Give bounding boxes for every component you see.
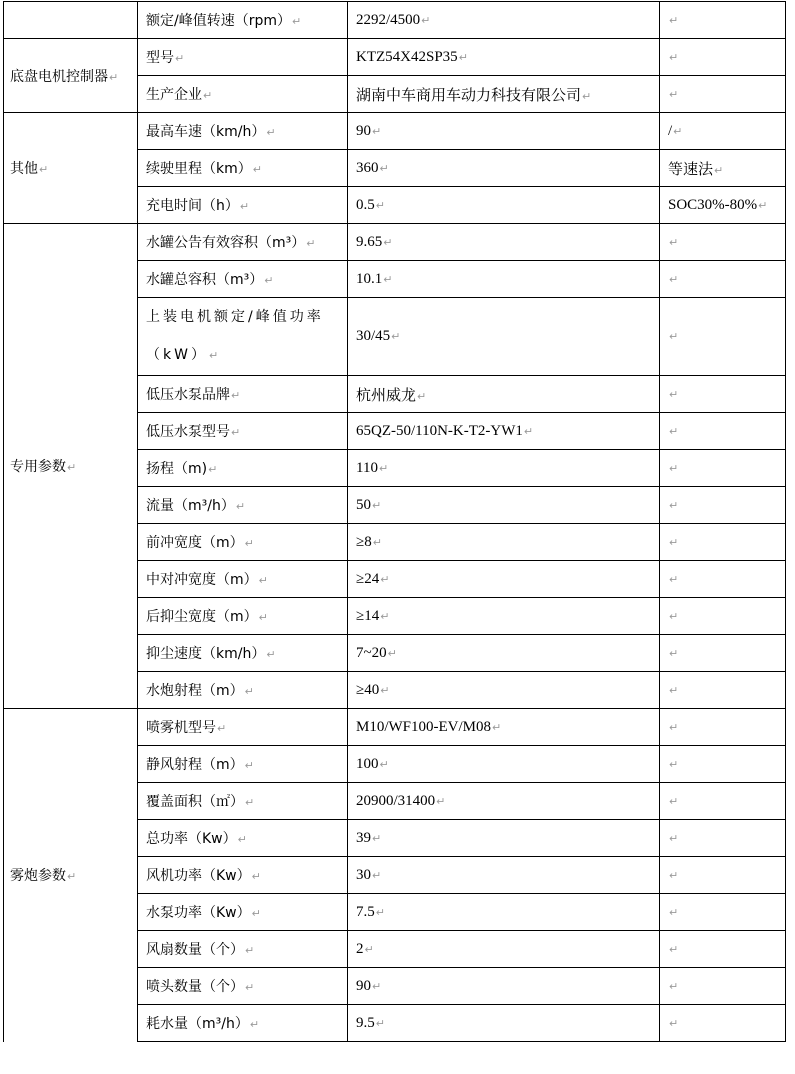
param-cell: 续驶里程（km）↵ xyxy=(138,150,348,187)
param-cell: 额定/峰值转速（rpm）↵ xyxy=(138,2,348,39)
note-cell: /↵ xyxy=(660,113,786,150)
paragraph-mark-icon: ↵ xyxy=(236,500,245,513)
value-cell: 9.5↵ xyxy=(348,1005,660,1042)
value-cell: 7.5↵ xyxy=(348,894,660,931)
value-cell: 30↵ xyxy=(348,857,660,894)
table-row: 底盘电机控制器↵ 型号↵ KTZ54X42SP35↵ ↵ xyxy=(4,39,786,76)
note-cell: ↵ xyxy=(660,413,786,450)
paragraph-mark-icon: ↵ xyxy=(250,1018,259,1031)
group-cell-other: 其他↵ xyxy=(4,113,138,224)
param-cell: 抑尘速度（km/h）↵ xyxy=(138,635,348,672)
note-cell: ↵ xyxy=(660,76,786,113)
value-cell: 110↵ xyxy=(348,450,660,487)
value-cell: ≥24↵ xyxy=(348,561,660,598)
paragraph-mark-icon: ↵ xyxy=(669,388,678,401)
note-cell: ↵ xyxy=(660,931,786,968)
paragraph-mark-icon: ↵ xyxy=(379,462,388,475)
paragraph-mark-icon: ↵ xyxy=(203,89,212,102)
paragraph-mark-icon: ↵ xyxy=(259,574,268,587)
value-cell: 0.5↵ xyxy=(348,187,660,224)
group-cell-fog-cannon: 雾炮参数↵ xyxy=(4,709,138,1042)
note-cell: ↵ xyxy=(660,709,786,746)
value-cell: 湖南中车商用车动力科技有限公司↵ xyxy=(348,76,660,113)
value-cell: 90↵ xyxy=(348,968,660,1005)
param-cell: 耗水量（m³/h）↵ xyxy=(138,1005,348,1042)
param-cell: 低压水泵型号↵ xyxy=(138,413,348,450)
value-cell: 9.65↵ xyxy=(348,224,660,261)
param-cell: 覆盖面积（㎡）↵ xyxy=(138,783,348,820)
value-cell: 65QZ-50/110N-K-T2-YW1↵ xyxy=(348,413,660,450)
paragraph-mark-icon: ↵ xyxy=(669,906,678,919)
paragraph-mark-icon: ↵ xyxy=(669,832,678,845)
param-cell: 静风射程（m）↵ xyxy=(138,746,348,783)
note-cell: ↵ xyxy=(660,635,786,672)
note-cell: ↵ xyxy=(660,224,786,261)
paragraph-mark-icon: ↵ xyxy=(380,162,389,175)
paragraph-mark-icon: ↵ xyxy=(252,870,261,883)
paragraph-mark-icon: ↵ xyxy=(492,721,501,734)
value-cell: 100↵ xyxy=(348,746,660,783)
paragraph-mark-icon: ↵ xyxy=(245,944,254,957)
group-cell-chassis-controller: 底盘电机控制器↵ xyxy=(4,39,138,113)
value-cell: ≥40↵ xyxy=(348,672,660,709)
paragraph-mark-icon: ↵ xyxy=(383,236,392,249)
param-cell: 水炮射程（m）↵ xyxy=(138,672,348,709)
value-cell: 360↵ xyxy=(348,150,660,187)
paragraph-mark-icon: ↵ xyxy=(669,425,678,438)
note-cell: ↵ xyxy=(660,524,786,561)
value-cell: 2292/4500↵ xyxy=(348,2,660,39)
table-row: 其他↵ 最高车速（km/h）↵ 90↵ /↵ xyxy=(4,113,786,150)
param-cell: 后抑尘宽度（m）↵ xyxy=(138,598,348,635)
paragraph-mark-icon: ↵ xyxy=(245,796,254,809)
paragraph-mark-icon: ↵ xyxy=(245,759,254,772)
param-cell: 喷雾机型号↵ xyxy=(138,709,348,746)
paragraph-mark-icon: ↵ xyxy=(380,758,389,771)
value-cell: 杭州威龙↵ xyxy=(348,376,660,413)
param-cell: 扬程（m)↵ xyxy=(138,450,348,487)
paragraph-mark-icon: ↵ xyxy=(266,126,275,139)
paragraph-mark-icon: ↵ xyxy=(67,870,76,883)
paragraph-mark-icon: ↵ xyxy=(669,610,678,623)
paragraph-mark-icon: ↵ xyxy=(669,499,678,512)
paragraph-mark-icon: ↵ xyxy=(669,721,678,734)
paragraph-mark-icon: ↵ xyxy=(245,537,254,550)
group-cell-continued xyxy=(4,2,138,39)
paragraph-mark-icon: ↵ xyxy=(669,330,678,343)
paragraph-mark-icon: ↵ xyxy=(306,237,315,250)
paragraph-mark-icon: ↵ xyxy=(372,869,381,882)
note-cell: ↵ xyxy=(660,298,786,376)
param-cell: 水罐公告有效容积（m³）↵ xyxy=(138,224,348,261)
paragraph-mark-icon: ↵ xyxy=(209,349,221,362)
paragraph-mark-icon: ↵ xyxy=(253,163,262,176)
paragraph-mark-icon: ↵ xyxy=(365,943,374,956)
paragraph-mark-icon: ↵ xyxy=(391,330,400,343)
param-cell: 风扇数量（个）↵ xyxy=(138,931,348,968)
paragraph-mark-icon: ↵ xyxy=(376,906,385,919)
value-cell: 90↵ xyxy=(348,113,660,150)
note-cell: ↵ xyxy=(660,450,786,487)
paragraph-mark-icon: ↵ xyxy=(669,462,678,475)
paragraph-mark-icon: ↵ xyxy=(231,389,240,402)
paragraph-mark-icon: ↵ xyxy=(669,647,678,660)
paragraph-mark-icon: ↵ xyxy=(421,14,430,27)
paragraph-mark-icon: ↵ xyxy=(266,648,275,661)
paragraph-mark-icon: ↵ xyxy=(376,1017,385,1030)
value-cell: ≥8↵ xyxy=(348,524,660,561)
param-cell: 前冲宽度（m）↵ xyxy=(138,524,348,561)
paragraph-mark-icon: ↵ xyxy=(669,684,678,697)
note-cell: ↵ xyxy=(660,857,786,894)
paragraph-mark-icon: ↵ xyxy=(669,980,678,993)
paragraph-mark-icon: ↵ xyxy=(436,795,445,808)
group-cell-special-params: 专用参数↵ xyxy=(4,224,138,709)
value-cell: 30/45↵ xyxy=(348,298,660,376)
note-cell: SOC30%-80%↵ xyxy=(660,187,786,224)
paragraph-mark-icon: ↵ xyxy=(67,461,76,474)
paragraph-mark-icon: ↵ xyxy=(372,125,381,138)
note-cell: ↵ xyxy=(660,1005,786,1042)
paragraph-mark-icon: ↵ xyxy=(388,647,397,660)
paragraph-mark-icon: ↵ xyxy=(417,390,426,403)
param-cell: 中对冲宽度（m）↵ xyxy=(138,561,348,598)
paragraph-mark-icon: ↵ xyxy=(245,685,254,698)
paragraph-mark-icon: ↵ xyxy=(372,832,381,845)
table-row: 额定/峰值转速（rpm）↵ 2292/4500↵ ↵ xyxy=(4,2,786,39)
param-cell: 充电时间（h）↵ xyxy=(138,187,348,224)
paragraph-mark-icon: ↵ xyxy=(175,52,184,65)
note-cell: ↵ xyxy=(660,894,786,931)
paragraph-mark-icon: ↵ xyxy=(669,758,678,771)
paragraph-mark-icon: ↵ xyxy=(669,795,678,808)
param-cell: 型号↵ xyxy=(138,39,348,76)
table-row: 雾炮参数↵ 喷雾机型号↵ M10/WF100-EV/M08↵ ↵ xyxy=(4,709,786,746)
param-cell: 总功率（Kw）↵ xyxy=(138,820,348,857)
paragraph-mark-icon: ↵ xyxy=(714,164,723,177)
param-cell: 生产企业↵ xyxy=(138,76,348,113)
value-cell: 2↵ xyxy=(348,931,660,968)
param-cell: 最高车速（km/h）↵ xyxy=(138,113,348,150)
paragraph-mark-icon: ↵ xyxy=(669,273,678,286)
value-cell: 50↵ xyxy=(348,487,660,524)
paragraph-mark-icon: ↵ xyxy=(669,869,678,882)
paragraph-mark-icon: ↵ xyxy=(669,573,678,586)
paragraph-mark-icon: ↵ xyxy=(109,71,118,84)
value-cell: ≥14↵ xyxy=(348,598,660,635)
paragraph-mark-icon: ↵ xyxy=(669,88,678,101)
paragraph-mark-icon: ↵ xyxy=(669,1017,678,1030)
note-cell: ↵ xyxy=(660,261,786,298)
paragraph-mark-icon: ↵ xyxy=(292,15,301,28)
paragraph-mark-icon: ↵ xyxy=(380,610,389,623)
paragraph-mark-icon: ↵ xyxy=(758,199,767,212)
paragraph-mark-icon: ↵ xyxy=(459,51,468,64)
paragraph-mark-icon: ↵ xyxy=(383,273,392,286)
paragraph-mark-icon: ↵ xyxy=(669,236,678,249)
paragraph-mark-icon: ↵ xyxy=(217,722,226,735)
paragraph-mark-icon: ↵ xyxy=(238,833,247,846)
paragraph-mark-icon: ↵ xyxy=(240,200,249,213)
paragraph-mark-icon: ↵ xyxy=(380,684,389,697)
param-cell: 水罐总容积（m³）↵ xyxy=(138,261,348,298)
paragraph-mark-icon: ↵ xyxy=(208,463,217,476)
paragraph-mark-icon: ↵ xyxy=(372,499,381,512)
paragraph-mark-icon: ↵ xyxy=(264,274,273,287)
paragraph-mark-icon: ↵ xyxy=(669,536,678,549)
note-cell: ↵ xyxy=(660,746,786,783)
paragraph-mark-icon: ↵ xyxy=(372,980,381,993)
note-cell: ↵ xyxy=(660,672,786,709)
paragraph-mark-icon: ↵ xyxy=(373,536,382,549)
param-cell: 风机功率（Kw）↵ xyxy=(138,857,348,894)
paragraph-mark-icon: ↵ xyxy=(380,573,389,586)
paragraph-mark-icon: ↵ xyxy=(39,163,48,176)
paragraph-mark-icon: ↵ xyxy=(524,425,533,438)
param-cell: 水泵功率（Kw）↵ xyxy=(138,894,348,931)
paragraph-mark-icon: ↵ xyxy=(231,426,240,439)
note-cell: 等速法↵ xyxy=(660,150,786,187)
paragraph-mark-icon: ↵ xyxy=(673,125,682,138)
value-cell: 10.1↵ xyxy=(348,261,660,298)
note-cell: ↵ xyxy=(660,39,786,76)
param-cell: 喷头数量（个）↵ xyxy=(138,968,348,1005)
note-cell: ↵ xyxy=(660,598,786,635)
paragraph-mark-icon: ↵ xyxy=(669,51,678,64)
note-cell: ↵ xyxy=(660,487,786,524)
spec-table: 额定/峰值转速（rpm）↵ 2292/4500↵ ↵ 底盘电机控制器↵ 型号↵ … xyxy=(3,1,786,1042)
paragraph-mark-icon: ↵ xyxy=(669,14,678,27)
note-cell: ↵ xyxy=(660,376,786,413)
value-cell: 20900/31400↵ xyxy=(348,783,660,820)
note-cell: ↵ xyxy=(660,561,786,598)
param-cell: 低压水泵品牌↵ xyxy=(138,376,348,413)
paragraph-mark-icon: ↵ xyxy=(252,907,261,920)
param-cell: 上装电机额定/峰值功率（kW）↵ xyxy=(138,298,348,376)
value-cell: 39↵ xyxy=(348,820,660,857)
note-cell: ↵ xyxy=(660,2,786,39)
value-cell: KTZ54X42SP35↵ xyxy=(348,39,660,76)
value-cell: M10/WF100-EV/M08↵ xyxy=(348,709,660,746)
note-cell: ↵ xyxy=(660,968,786,1005)
param-cell: 流量（m³/h）↵ xyxy=(138,487,348,524)
note-cell: ↵ xyxy=(660,820,786,857)
value-cell: 7~20↵ xyxy=(348,635,660,672)
table-row: 专用参数↵ 水罐公告有效容积（m³）↵ 9.65↵ ↵ xyxy=(4,224,786,261)
paragraph-mark-icon: ↵ xyxy=(669,943,678,956)
paragraph-mark-icon: ↵ xyxy=(245,981,254,994)
paragraph-mark-icon: ↵ xyxy=(582,90,591,103)
paragraph-mark-icon: ↵ xyxy=(259,611,268,624)
paragraph-mark-icon: ↵ xyxy=(376,199,385,212)
note-cell: ↵ xyxy=(660,783,786,820)
